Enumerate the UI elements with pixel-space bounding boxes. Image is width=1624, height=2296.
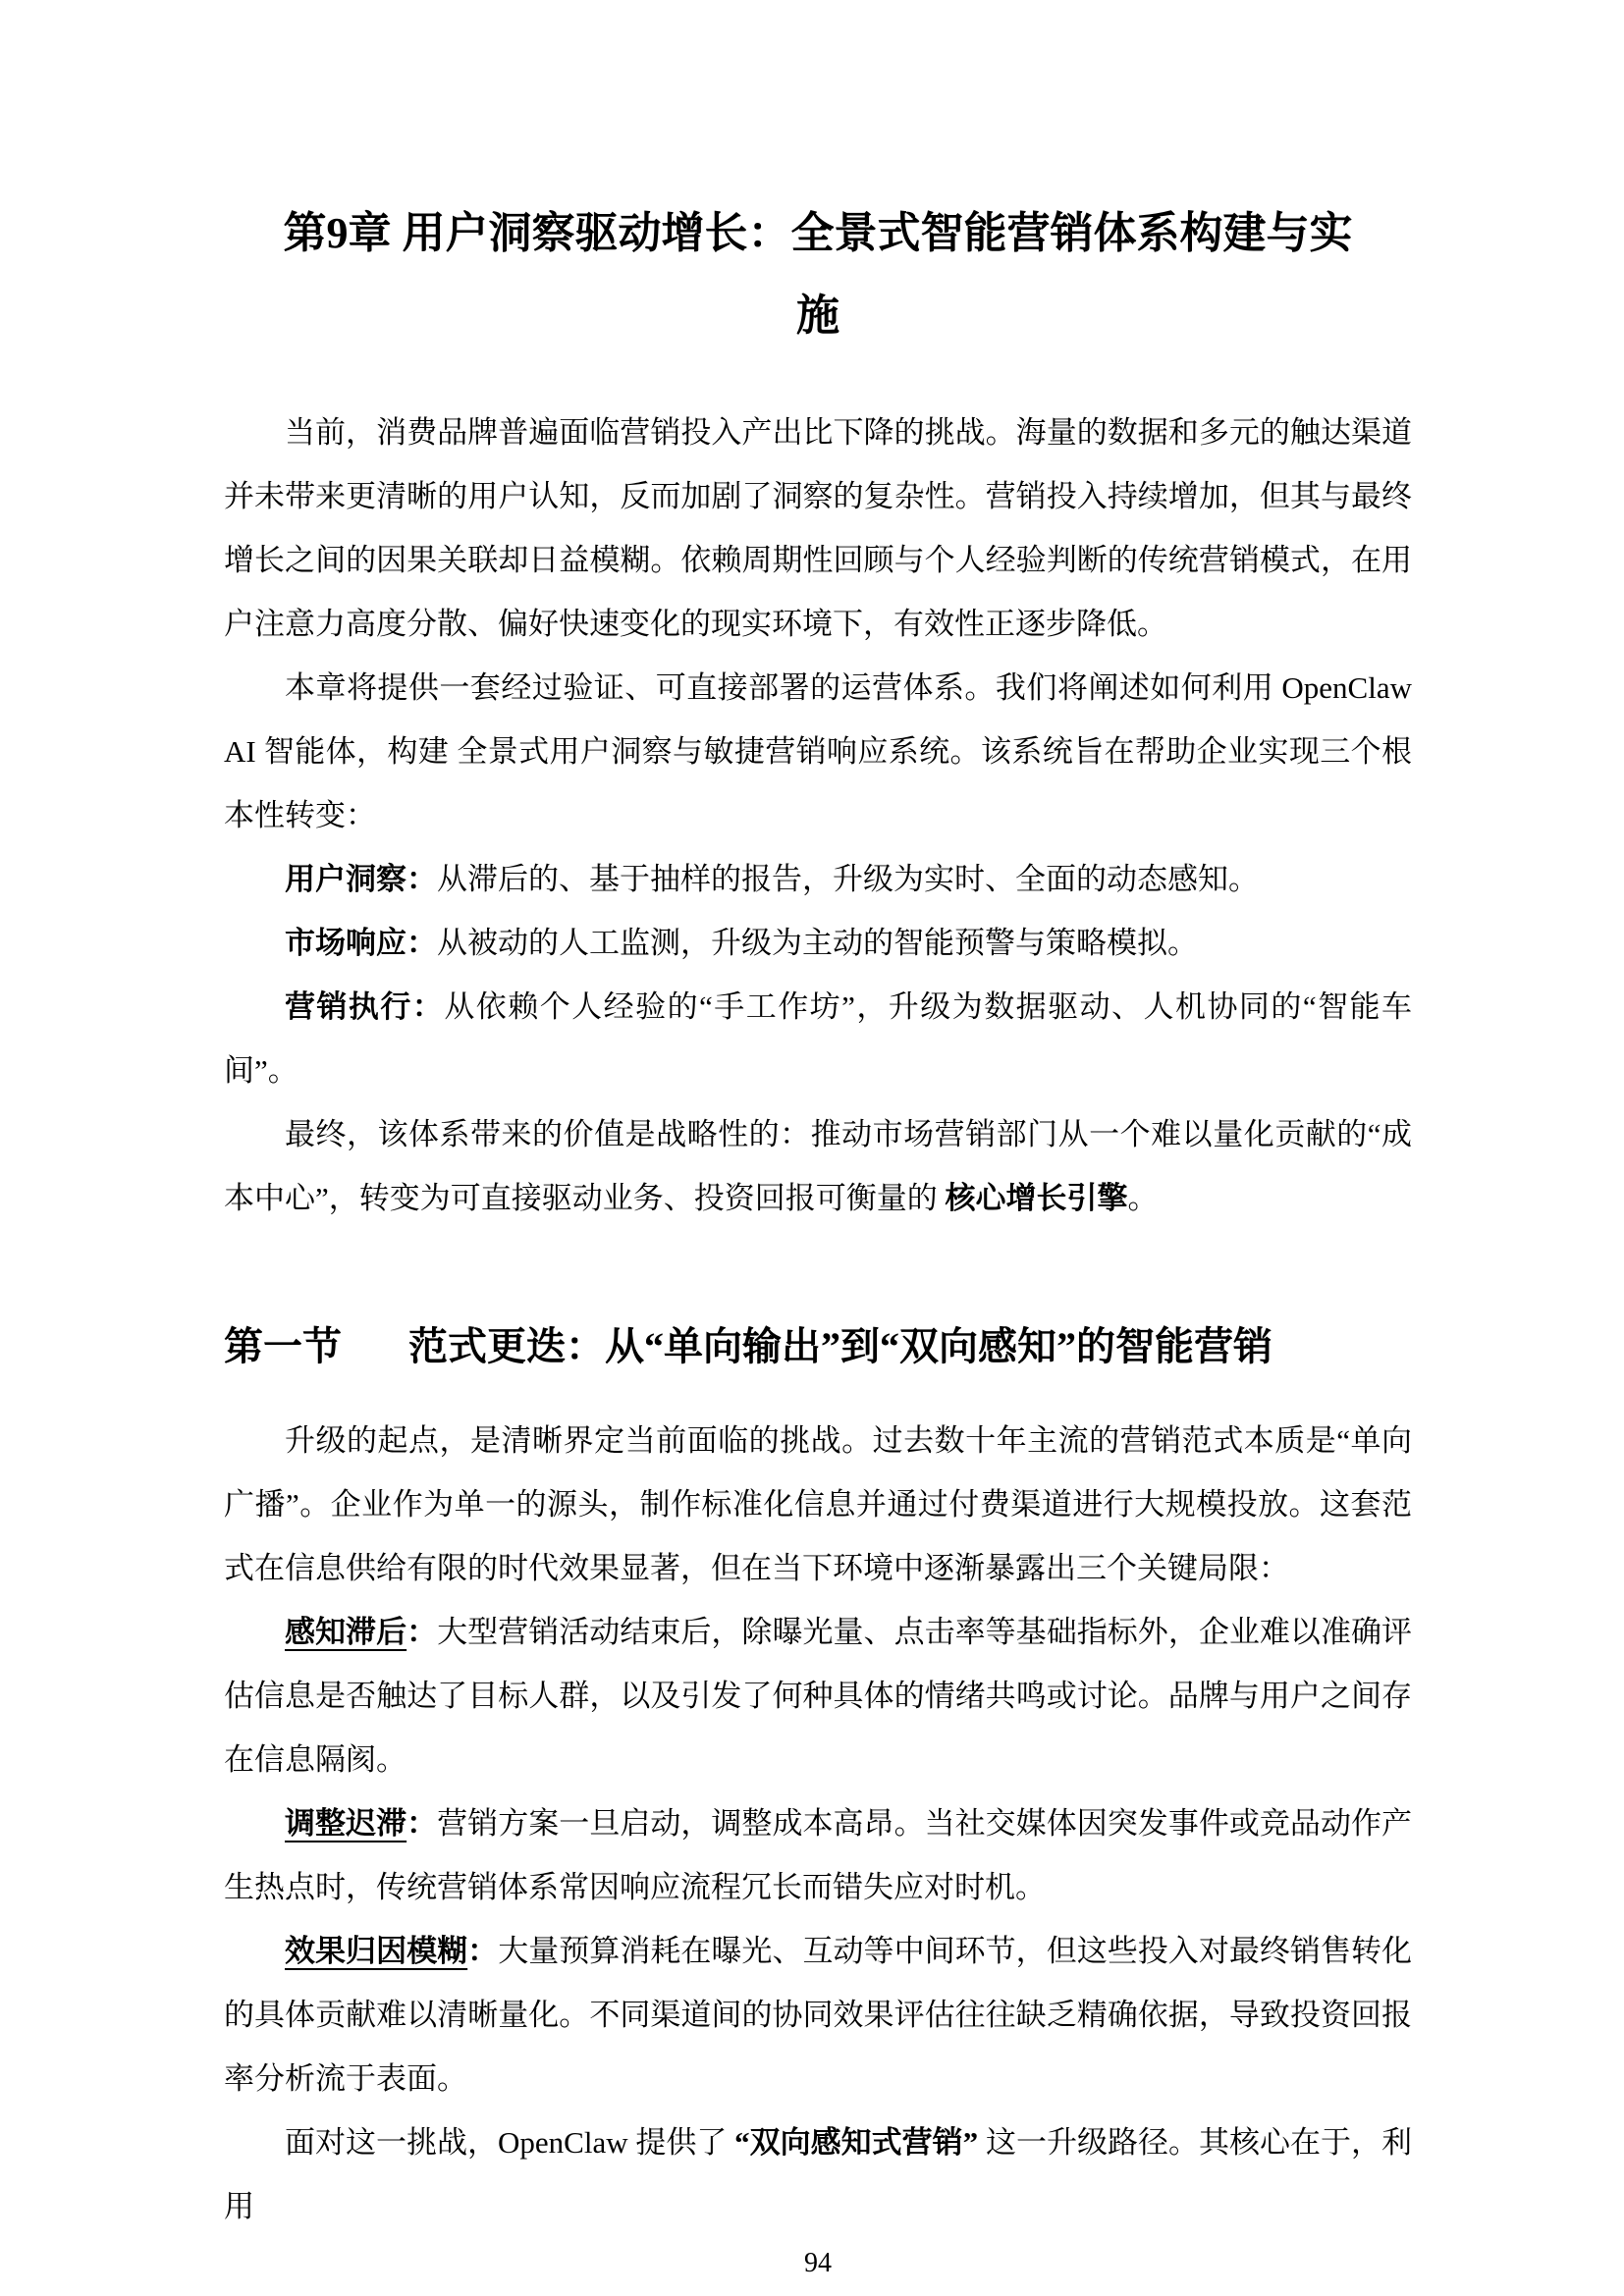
- emphasis-text: ：: [467, 1934, 498, 1968]
- paragraph-item-marketing-execution: 营销执行：从依赖个人经验的“手工作坊”，升级为数据驱动、人机协同的“智能车间”。: [224, 975, 1412, 1102]
- document-page: 第9章 用户洞察驱动增长：全景式智能营销体系构建与实 施 当前，消费品牌普遍面临…: [0, 0, 1624, 2296]
- paragraph-chapter-overview: 本章将提供一套经过验证、可直接部署的运营体系。我们将阐述如何利用 OpenCla…: [224, 656, 1412, 847]
- section-title-text: 范式更迭：从“单向输出”到“双向感知”的智能营销: [408, 1324, 1272, 1368]
- emphasis-text: “双向感知式营销”: [734, 2125, 978, 2160]
- emphasis-text: 用户洞察：: [285, 862, 437, 896]
- emphasis-text: ：: [406, 1806, 437, 1841]
- paragraph-limitation-perception-lag: 感知滞后：大型营销活动结束后，除曝光量、点击率等基础指标外，企业难以准确评估信息…: [224, 1600, 1412, 1791]
- paragraph-upgrade-starting-point: 升级的起点，是清晰界定当前面临的挑战。过去数十年主流的营销范式本质是“单向广播”…: [224, 1409, 1412, 1600]
- paragraph-item-user-insight: 用户洞察：从滞后的、基于抽样的报告，升级为实时、全面的动态感知。: [224, 847, 1412, 911]
- body-text: 面对这一挑战，OpenClaw 提供了: [285, 2125, 734, 2160]
- emphasis-text: 核心增长引擎: [946, 1181, 1128, 1215]
- page-number: 94: [224, 2244, 1412, 2283]
- emphasis-text: 调整迟滞: [285, 1806, 406, 1841]
- body-text: 从被动的人工监测，升级为主动的智能预警与策略模拟。: [437, 926, 1198, 960]
- body-text: 本章将提供一套经过验证、可直接部署的运营体系。我们将阐述如何利用 OpenCla…: [224, 670, 1412, 832]
- paragraph-item-market-response: 市场响应：从被动的人工监测，升级为主动的智能预警与策略模拟。: [224, 911, 1412, 975]
- emphasis-text: 感知滞后: [285, 1615, 406, 1649]
- chapter-title-line-1: 第9章 用户洞察驱动增长：全景式智能营销体系构建与实: [224, 192, 1412, 275]
- body-text: 最终，该体系带来的价值是战略性的：推动市场营销部门从一个难以量化贡献的“成本中心…: [224, 1117, 1412, 1215]
- paragraph-limitation-adjustment-delay: 调整迟滞：营销方案一旦启动，调整成本高昂。当社交媒体因突发事件或竞品动作产生热点…: [224, 1791, 1412, 1919]
- chapter-title: 第9章 用户洞察驱动增长：全景式智能营销体系构建与实 施: [224, 192, 1412, 357]
- body-text: 从滞后的、基于抽样的报告，升级为实时、全面的动态感知。: [437, 862, 1259, 896]
- chapter-title-line-2: 施: [224, 275, 1412, 357]
- paragraph-limitation-attribution-blur: 效果归因模糊：大量预算消耗在曝光、互动等中间环节，但这些投入对最终销售转化的具体…: [224, 1919, 1412, 2110]
- emphasis-text: 市场响应：: [285, 926, 437, 960]
- paragraph-strategic-value: 最终，该体系带来的价值是战略性的：推动市场营销部门从一个难以量化贡献的“成本中心…: [224, 1102, 1412, 1230]
- paragraph-intro-challenge: 当前，消费品牌普遍面临营销投入产出比下降的挑战。海量的数据和多元的触达渠道并未带…: [224, 400, 1412, 656]
- section-number: 第一节: [224, 1324, 342, 1368]
- paragraph-two-way-marketing: 面对这一挑战，OpenClaw 提供了 “双向感知式营销” 这一升级路径。其核心…: [224, 2110, 1412, 2238]
- body-text: 当前，消费品牌普遍面临营销投入产出比下降的挑战。海量的数据和多元的触达渠道并未带…: [224, 415, 1412, 641]
- body-text: 升级的起点，是清晰界定当前面临的挑战。过去数十年主流的营销范式本质是“单向广播”…: [224, 1423, 1412, 1585]
- section-heading: 第一节 范式更迭：从“单向输出”到“双向感知”的智能营销: [224, 1319, 1412, 1374]
- emphasis-text: 营销执行：: [285, 989, 444, 1024]
- emphasis-text: ：: [406, 1615, 437, 1649]
- body-text: 。: [1128, 1181, 1159, 1215]
- emphasis-text: 效果归因模糊: [285, 1934, 467, 1968]
